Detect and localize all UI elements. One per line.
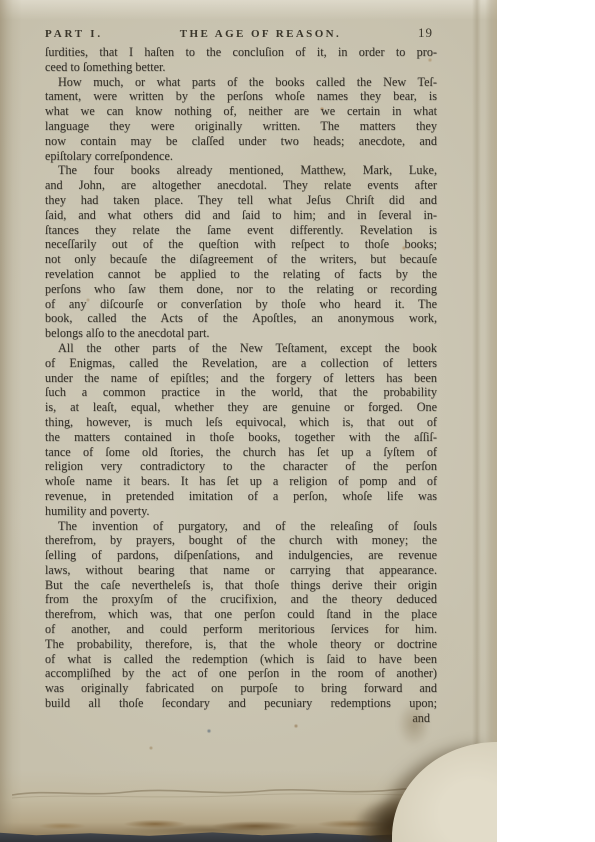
text-line: humility and poverty. [45, 504, 437, 519]
text-line: tament, were written by the perſons whoſ… [45, 89, 437, 104]
text-line: build all thoſe ſecondary and pecuniary … [45, 696, 437, 711]
text-line: But the caſe nevertheleſs is, that thoſe… [45, 578, 437, 593]
paragraph: How much, or what parts of the books cal… [45, 75, 437, 164]
text-line: from the proxyſm of the crucifixion, and… [45, 592, 437, 607]
text-line: therefrom, by prayers, bought of the chu… [45, 533, 437, 548]
text-line: The probability, therefore, is, that the… [45, 637, 437, 652]
text-line: How much, or what parts of the books cal… [45, 75, 437, 90]
text-line: of another, and could perform meritoriou… [45, 622, 437, 637]
text-block: ſurdities, that I haſten to the concluſi… [45, 45, 437, 711]
text-line: of any diſcourſe or converſation by thoſ… [45, 297, 437, 312]
text-line: language they were originally written. T… [45, 119, 437, 134]
paragraph: All the other parts of the New Teſtament… [45, 341, 437, 519]
text-line: ſtances they relate the ſame event diffe… [45, 223, 437, 238]
text-line: tance of ſome old ſtories, the church ha… [45, 445, 437, 460]
text-line: belongs alſo to the anecdotal part. [45, 326, 437, 341]
text-line: ſaid, and what others did and ſaid to hi… [45, 208, 437, 223]
text-line: and John, are altogether anecdotal. They… [45, 178, 437, 193]
text-line: ſurdities, that I haſten to the concluſi… [45, 45, 437, 60]
text-line: religion very contradictory to the chara… [45, 459, 437, 474]
text-line: The invention of purgatory, and of the r… [45, 519, 437, 534]
text-line: epiſtolary correſpondence. [45, 149, 437, 164]
paragraph: The invention of purgatory, and of the r… [45, 519, 437, 711]
text-line: The four books already mentioned, Matthe… [45, 163, 437, 178]
text-line: revenue, in pretended imitation of a per… [45, 489, 437, 504]
text-line: ſuch a common practice in the world, tha… [45, 385, 437, 400]
text-line: therefrom, which was, that one perſon co… [45, 607, 437, 622]
text-line: ſelling of pardons, diſpenſations, and i… [45, 548, 437, 563]
text-line: not only becauſe the diſagreement of the… [45, 252, 437, 267]
paragraph: ſurdities, that I haſten to the concluſi… [45, 45, 437, 75]
text-line: is, at leaſt, equal, whether they are ge… [45, 400, 437, 415]
header-title: THE AGE OF REASON. [180, 28, 341, 40]
text-line: of what is called the redemption (which … [45, 652, 437, 667]
page-curl-shadow [388, 700, 428, 760]
text-line: laws, without bearing that name or carry… [45, 563, 437, 578]
scanned-book-page: PART I. THE AGE OF REASON. 19 ſurdities,… [0, 0, 497, 842]
paragraph: The four books already mentioned, Matthe… [45, 163, 437, 341]
text-line: they had taken place. They tell what Jeſ… [45, 193, 437, 208]
text-line: neceſſarily out of the queſtion with reſ… [45, 237, 437, 252]
header-part-label: PART I. [45, 28, 103, 40]
page-header: PART I. THE AGE OF REASON. 19 [45, 25, 433, 41]
text-line: whoſe name it bears. It has ſet up a rel… [45, 474, 437, 489]
catchword: and [45, 711, 430, 726]
text-line: ceed to ſomething better. [45, 60, 437, 75]
text-line: the matters contained in thoſe books, to… [45, 430, 437, 445]
text-line: perſons who ſaw them done, nor to the re… [45, 282, 437, 297]
text-line: of Enigmas, called the Revelation, are a… [45, 356, 437, 371]
text-line: under the name of epiſtles; and the forg… [45, 371, 437, 386]
text-line: book, called the Acts of the Apoſtles, a… [45, 311, 437, 326]
text-line: now contain may be claſſed under two hea… [45, 134, 437, 149]
text-line: what we can know nothing of, neither are… [45, 104, 437, 119]
text-line: All the other parts of the New Teſtament… [45, 341, 437, 356]
text-line: revelation cannot be applied to the rela… [45, 267, 437, 282]
text-line: accompliſhed by the act of one perſon in… [45, 666, 437, 681]
header-page-number: 19 [418, 25, 433, 41]
text-line: thing, however, is much leſs equivocal, … [45, 415, 437, 430]
text-line: was originally fabricated on purpoſe to … [45, 681, 437, 696]
